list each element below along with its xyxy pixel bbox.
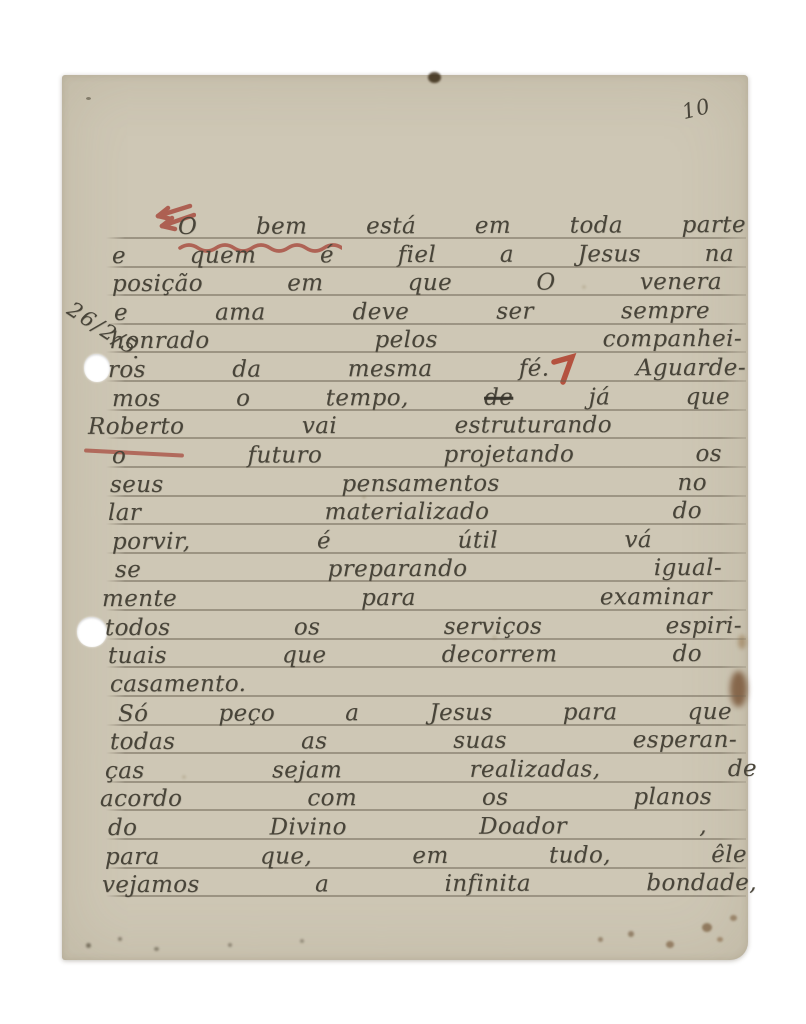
- stain-spot: [118, 937, 122, 941]
- manuscript-word: é: [320, 242, 334, 269]
- manuscript-word: mesma: [348, 356, 433, 383]
- manuscript-word: Roberto: [88, 414, 184, 441]
- stain-spot: [717, 937, 723, 942]
- manuscript-word: toda: [570, 212, 623, 239]
- punch-hole-top: [84, 354, 110, 382]
- manuscript-word: porvir,: [112, 528, 191, 555]
- manuscript-word: fé.: [519, 356, 550, 383]
- manuscript-word: de: [728, 756, 757, 783]
- stain-spot: [702, 923, 712, 932]
- manuscript-word: as: [301, 728, 327, 755]
- manuscript-line: casamento.: [110, 670, 362, 698]
- manuscript-word: é: [317, 528, 331, 555]
- manuscript-word: bondade,: [646, 870, 757, 897]
- manuscript-word: vejamos: [102, 872, 200, 899]
- manuscript-line: porvir,éútilvá: [112, 527, 652, 556]
- manuscript-word: que,: [260, 843, 312, 870]
- manuscript-line: mosotempo,dejáque: [112, 384, 730, 413]
- manuscript-line: doDivinoDoador,: [108, 813, 707, 842]
- manuscript-word: igual-: [654, 555, 722, 582]
- manuscript-line: SópeçoaJesusparaque: [118, 698, 732, 727]
- stain-spot: [598, 937, 603, 942]
- manuscript-word: tudo,: [549, 842, 611, 869]
- manuscript-word: bem: [256, 214, 307, 241]
- manuscript-line: acordocomosplanos: [100, 784, 712, 813]
- manuscript-word: para: [361, 585, 416, 612]
- manuscript-word: examinar: [600, 584, 712, 611]
- manuscript-word: casamento.: [110, 671, 246, 698]
- manuscript-word: em: [287, 271, 323, 298]
- manuscript-word: ser: [496, 298, 534, 325]
- stain-spot: [730, 671, 747, 707]
- manuscript-word: o: [112, 443, 126, 470]
- scan-background: { "page": { "number": "10", "margin_note…: [0, 0, 806, 1024]
- manuscript-word: pelos: [374, 327, 437, 354]
- manuscript-word: se: [115, 557, 141, 584]
- manuscript-word: materializado: [325, 499, 490, 527]
- manuscript-word: ros: [108, 357, 146, 384]
- manuscript-line: tuaisquedecorremdo: [108, 641, 702, 670]
- manuscript-word: útil: [458, 527, 498, 554]
- manuscript-word: está: [366, 213, 416, 240]
- manuscript-line: seuspensamentosno: [110, 470, 707, 499]
- manuscript-word: a: [345, 700, 359, 727]
- manuscript-word: mos: [112, 386, 161, 413]
- manuscript-word: futuro: [248, 442, 323, 469]
- manuscript-word: para: [105, 844, 160, 871]
- manuscript-word: e: [112, 243, 126, 270]
- manuscript-line: ofuturoprojetandoos: [112, 441, 722, 470]
- manuscript-word: planos: [633, 784, 712, 811]
- manuscript-word: Aguarde-: [636, 355, 746, 382]
- manuscript-word: em: [412, 843, 448, 870]
- manuscript-word: pensamentos: [341, 470, 499, 498]
- manuscript-word: venera: [640, 269, 722, 296]
- manuscript-word: projetando: [443, 441, 574, 468]
- manuscript-word: já: [589, 384, 611, 411]
- manuscript-word: os: [695, 441, 722, 468]
- punch-hole-bottom: [77, 617, 107, 647]
- manuscript-line: posiçãoemqueOvenera: [112, 269, 722, 298]
- manuscript-line: paraque,emtudo,êle: [105, 842, 747, 871]
- manuscript-word: todos: [105, 615, 171, 642]
- manuscript-word: O: [178, 214, 197, 241]
- manuscript-word: ama: [215, 299, 266, 326]
- manuscript-word: vai: [302, 413, 337, 440]
- manuscript-word: preparando: [328, 556, 468, 583]
- manuscript-word: O: [536, 270, 555, 297]
- manuscript-word: peço: [218, 700, 275, 727]
- manuscript-word: seus: [110, 471, 164, 498]
- manuscript-line: menteparaexaminar: [102, 584, 712, 613]
- manuscript-word: que: [686, 384, 730, 411]
- manuscript-line: Robertovaiestruturando: [88, 412, 612, 441]
- stain-spot: [86, 97, 91, 100]
- manuscript-line: equeméfielaJesusna: [112, 241, 734, 270]
- manuscript-word: serviços: [444, 613, 543, 640]
- manuscript-line: larmaterializadodo: [108, 498, 702, 527]
- manuscript-word: realizadas,: [470, 756, 601, 783]
- manuscript-word: quem: [190, 242, 257, 269]
- stain-spot: [154, 947, 159, 951]
- manuscript-word: que: [282, 643, 326, 670]
- manuscript-word: na: [705, 241, 734, 268]
- manuscript-line: todososserviçosespiri-: [105, 613, 742, 642]
- stain-spot: [228, 943, 232, 947]
- manuscript-line: rosdamesmafé.Aguarde-: [108, 355, 746, 384]
- manuscript-word: da: [232, 357, 261, 384]
- manuscript-word: deve: [353, 299, 410, 326]
- manuscript-word: esperan-: [633, 727, 737, 754]
- manuscript-word: acordo: [100, 786, 183, 813]
- manuscript-line: vejamosainfinitabondade,: [102, 870, 757, 899]
- manuscript-word: os: [294, 614, 321, 641]
- manuscript-word: fiel: [398, 242, 437, 269]
- manuscript-word: em: [475, 213, 511, 240]
- stain-spot: [666, 941, 674, 948]
- manuscript-line: honradopeloscompanhei-: [110, 326, 742, 355]
- stain-spot: [730, 915, 737, 921]
- manuscript-line: sepreparandoigual-: [115, 555, 722, 584]
- manuscript-word: tuais: [108, 643, 167, 670]
- manuscript-word: companhei-: [603, 326, 742, 353]
- manuscript-word: com: [307, 786, 357, 813]
- manuscript-word: estruturando: [455, 412, 613, 440]
- manuscript-word: todas: [110, 729, 175, 756]
- manuscript-word: êle: [711, 842, 747, 869]
- manuscript-word: Doador: [479, 813, 567, 840]
- manuscript-word: espiri-: [665, 613, 742, 640]
- manuscript-page: 10 26/2/5. Obemestáemtodaparteequeméfiel…: [62, 75, 748, 960]
- manuscript-line: Obemestáemtodaparte: [178, 212, 746, 241]
- manuscript-word: mente: [102, 586, 177, 613]
- manuscript-word: Divino: [270, 814, 347, 841]
- manuscript-word: ,: [699, 813, 707, 840]
- manuscript-word: Só: [118, 700, 149, 727]
- manuscript-word: a: [315, 872, 329, 899]
- manuscript-word: infinita: [445, 871, 531, 898]
- manuscript-word: Jesus: [578, 241, 641, 268]
- stain-spot: [628, 931, 634, 937]
- manuscript-word: do: [108, 815, 137, 842]
- manuscript-word: de: [484, 384, 513, 411]
- manuscript-word: do: [673, 498, 702, 525]
- manuscript-word: suas: [453, 728, 507, 755]
- manuscript-word: ças: [105, 758, 145, 785]
- manuscript-word: do: [673, 641, 702, 668]
- manuscript-word: a: [500, 241, 514, 268]
- manuscript-word: vá: [624, 527, 652, 554]
- page-number: 10: [680, 94, 714, 124]
- manuscript-line: çassejamrealizadas,de: [105, 756, 757, 785]
- manuscript-word: os: [482, 785, 509, 812]
- manuscript-word: posição: [112, 271, 203, 298]
- manuscript-word: parte: [682, 212, 746, 239]
- manuscript-word: que: [408, 270, 452, 297]
- stain-spot: [86, 943, 91, 948]
- manuscript-word: para: [563, 699, 618, 726]
- manuscript-word: o: [236, 385, 250, 412]
- manuscript-word: decorrem: [442, 642, 558, 669]
- manuscript-word: sempre: [621, 298, 710, 325]
- manuscript-word: no: [677, 470, 707, 497]
- manuscript-word: lar: [108, 500, 141, 527]
- manuscript-word: honrado: [110, 328, 210, 355]
- manuscript-line: todasassuasesperan-: [110, 727, 737, 756]
- manuscript-word: Jesus: [429, 699, 492, 726]
- manuscript-word: que: [688, 698, 732, 725]
- stain-spot: [428, 72, 441, 83]
- manuscript-word: tempo,: [326, 385, 409, 412]
- manuscript-word: e: [114, 300, 128, 327]
- stain-spot: [300, 939, 304, 943]
- manuscript-line: eamadevesersempre: [114, 298, 710, 327]
- manuscript-word: sejam: [272, 757, 342, 784]
